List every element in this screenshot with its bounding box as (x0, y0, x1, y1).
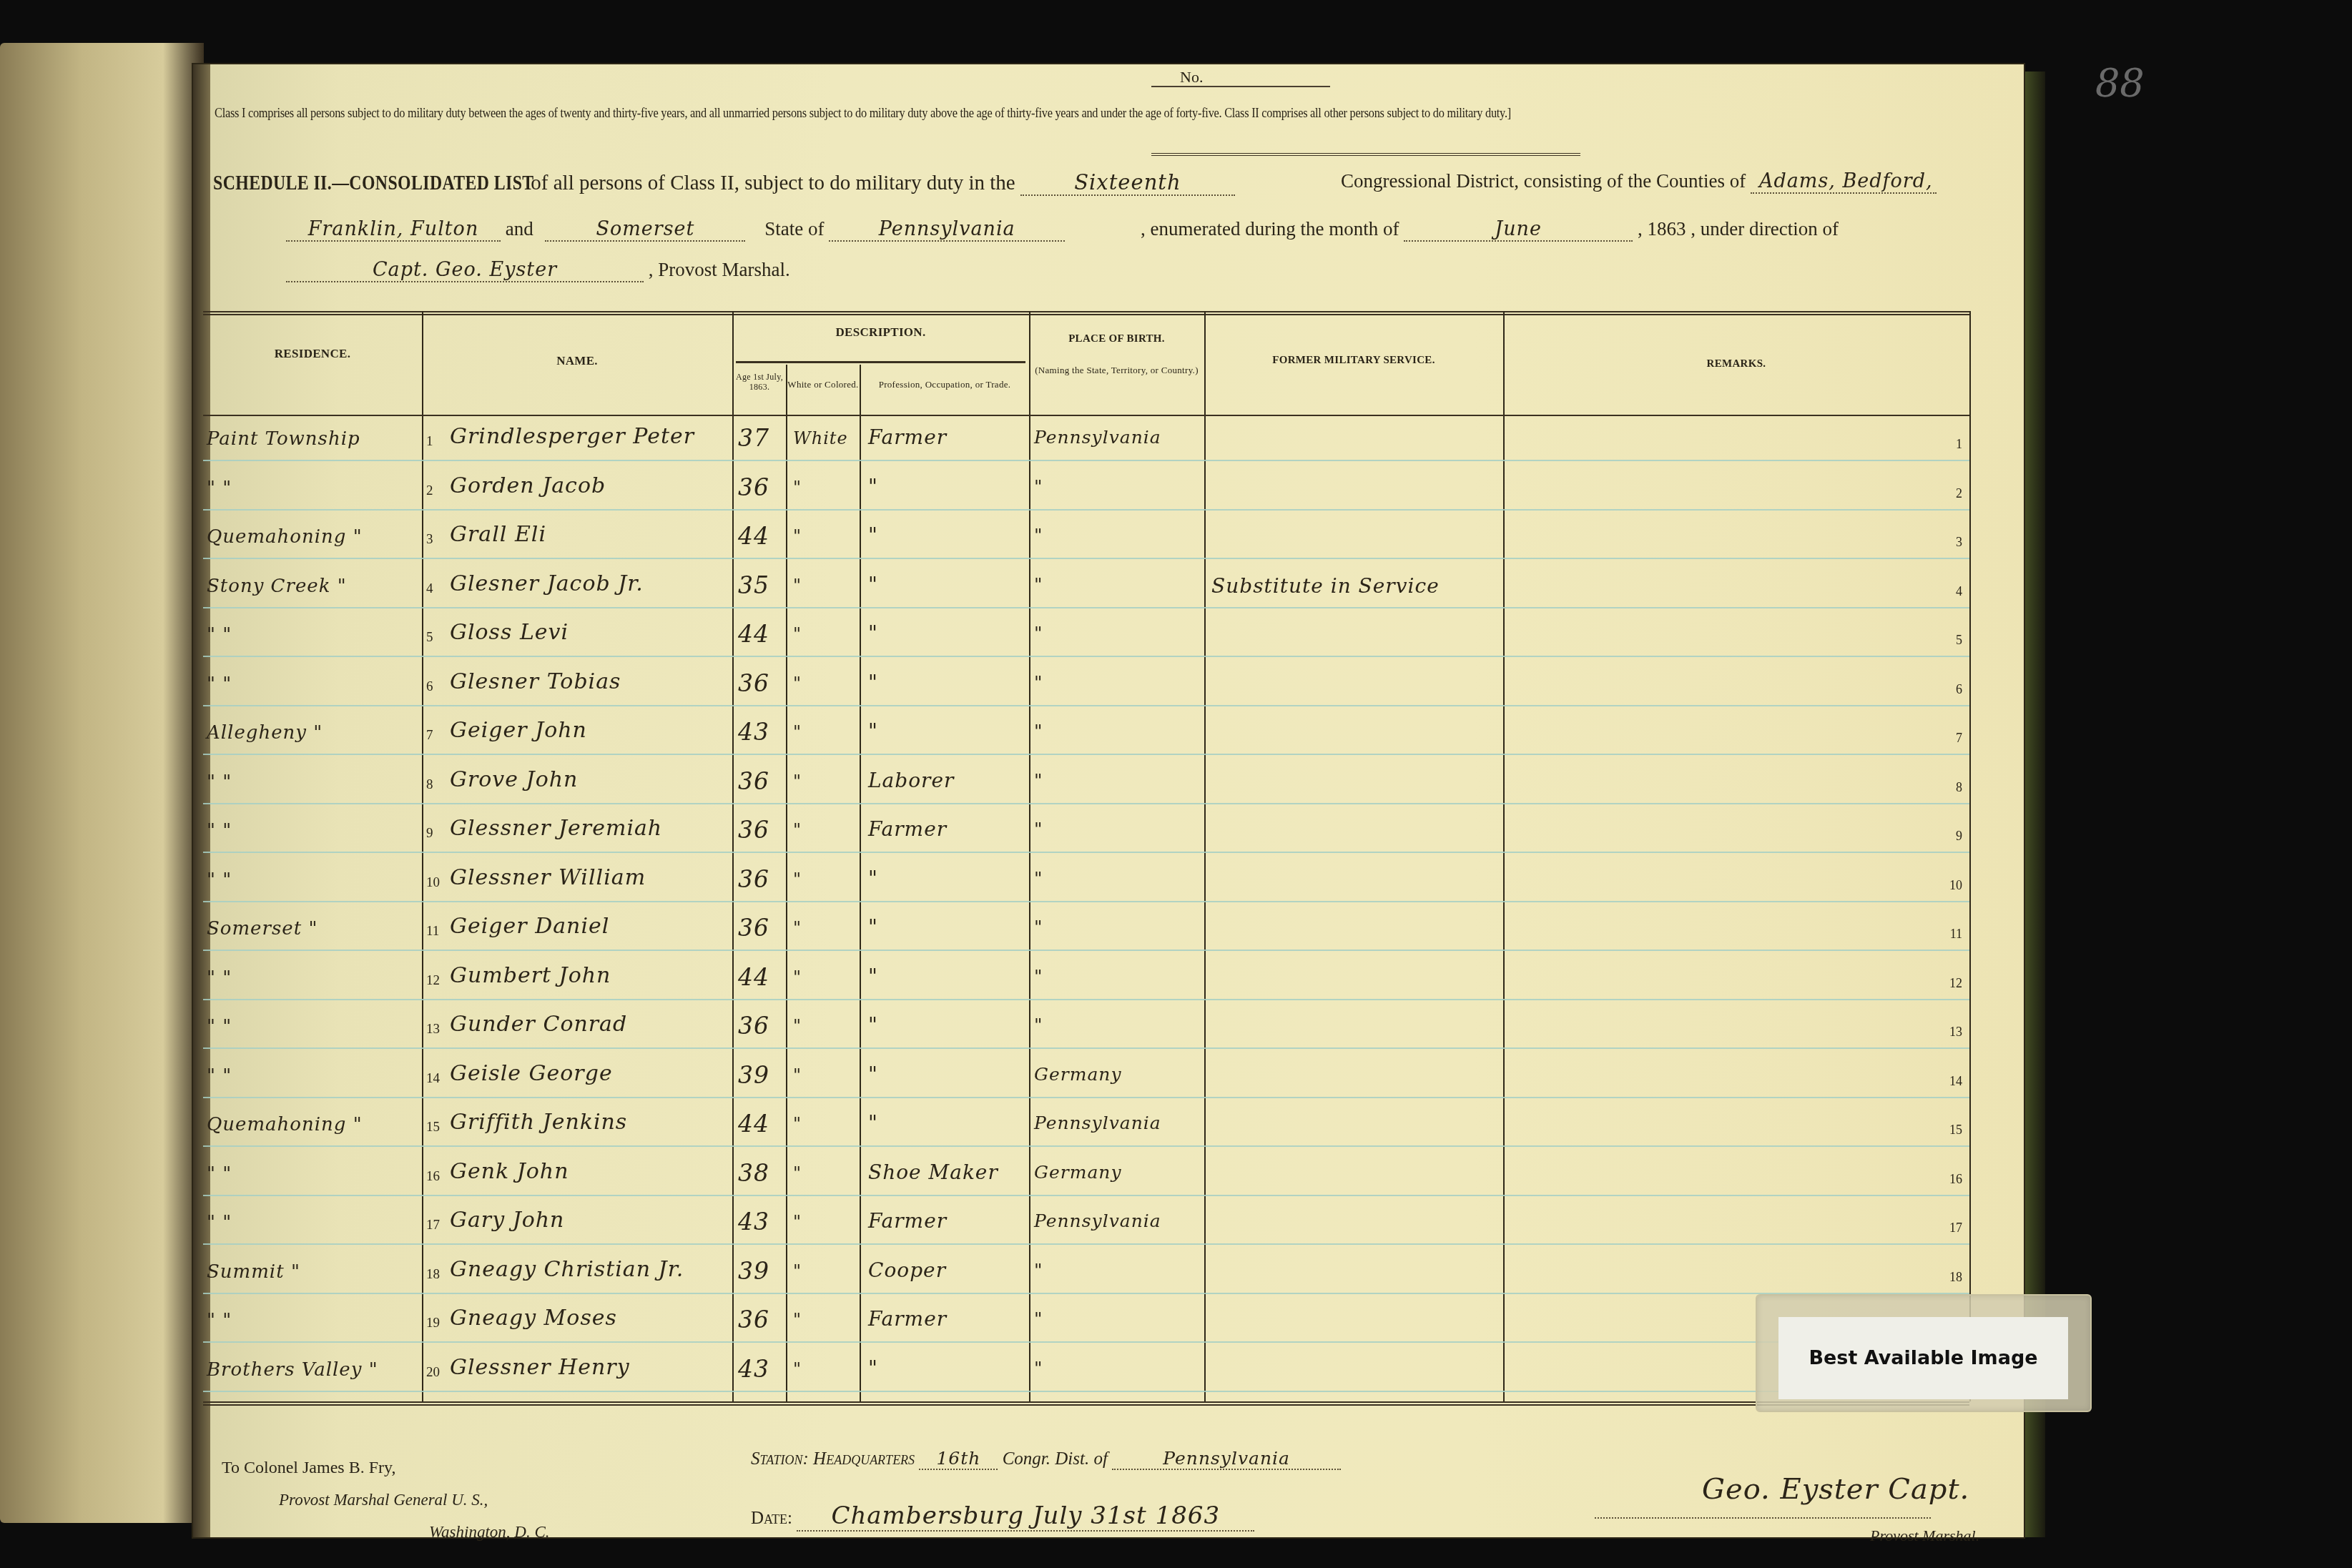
residence-cell: Summit " (207, 1261, 300, 1283)
birth-place-cell: " (1034, 721, 1043, 741)
month-value: June (1404, 218, 1633, 242)
former-service-cell: Substitute in Service (1211, 574, 1440, 598)
row-number: 1 (426, 434, 433, 450)
birth-place-cell: " (1034, 770, 1043, 791)
age-cell: 43 (738, 718, 769, 746)
birth-place-cell: " (1034, 917, 1043, 937)
row-number-right: 12 (1934, 976, 1962, 991)
color-cell: " (793, 967, 802, 987)
birth-place-cell: " (1034, 966, 1043, 987)
color-cell: " (793, 576, 802, 596)
name-cell: Genk John (450, 1159, 569, 1184)
ruled-line (203, 754, 1969, 755)
row-number: 6 (426, 679, 433, 695)
row-number-right: 15 (1934, 1123, 1962, 1138)
row-number-right: 11 (1934, 927, 1962, 942)
birth-place-cell: Pennsylvania (1034, 427, 1161, 448)
occupation-cell: " (868, 1356, 878, 1380)
row-number-right: 16 (1934, 1172, 1962, 1187)
age-cell: 44 (738, 522, 769, 550)
row-number-right: 5 (1934, 633, 1962, 648)
ruled-line (203, 509, 1969, 511)
signature: Geo. Eyster Capt. (1702, 1473, 1969, 1506)
ledger-page: No. 88 Class I comprises all persons sub… (193, 64, 2024, 1537)
counties-1: Adams, Bedford, (1751, 170, 1937, 194)
col-divider (422, 311, 423, 1401)
table-top-rule (203, 311, 1969, 315)
row-number: 2 (426, 483, 433, 499)
header-remarks: REMARKS. (1503, 358, 1969, 370)
occupation-cell: " (868, 1111, 878, 1135)
station-line: Station: Headquarters 16th Congr. Dist. … (751, 1448, 1341, 1470)
header-place-of-birth-note: (Naming the State, Territory, or Country… (1033, 365, 1201, 376)
name-cell: Griffith Jenkins (450, 1110, 627, 1135)
ruled-line (203, 852, 1969, 853)
row-number-right: 6 (1934, 682, 1962, 697)
date-label: Date: (751, 1509, 792, 1528)
age-cell: 36 (738, 669, 769, 697)
row-number-right: 2 (1934, 486, 1962, 501)
ruled-line (203, 999, 1969, 1000)
header-former-service: FORMER MILITARY SERVICE. (1204, 354, 1503, 367)
ruled-line (203, 1047, 1969, 1049)
name-cell: Gorden Jacob (450, 473, 606, 498)
row-number: 7 (426, 728, 433, 744)
name-cell: Geiger John (450, 718, 587, 743)
residence-cell: " " (207, 674, 232, 695)
residence-cell: Quemahoning " (207, 1114, 363, 1135)
header-profession: Profession, Occupation, or Trade. (861, 379, 1028, 390)
birth-place-cell: " (1034, 672, 1043, 693)
row-number: 13 (426, 1022, 440, 1037)
ruled-line (203, 460, 1969, 461)
row-number: 9 (426, 826, 433, 842)
color-cell: " (793, 624, 802, 644)
name-cell: Gneagy Christian Jr. (450, 1257, 684, 1282)
top-rule (1151, 153, 1580, 156)
age-cell: 39 (738, 1061, 769, 1089)
occupation-cell: " (868, 523, 878, 547)
residence-cell: " " (207, 869, 232, 891)
birth-place-cell: " (1034, 1260, 1043, 1281)
birth-place-cell: Pennsylvania (1034, 1113, 1161, 1133)
row-number: 15 (426, 1120, 440, 1135)
signature-line (1595, 1517, 1931, 1519)
birth-place-cell: " (1034, 1015, 1043, 1035)
occupation-cell: " (868, 573, 878, 596)
station-district: 16th (919, 1448, 998, 1470)
row-number: 20 (426, 1365, 440, 1381)
ruled-line (203, 901, 1969, 902)
station-mid: Congr. Dist. of (1003, 1449, 1108, 1469)
header-residence: RESIDENCE. (203, 347, 422, 361)
age-cell: 38 (738, 1159, 769, 1187)
birth-place-cell: " (1034, 525, 1043, 546)
row-number-right: 13 (1934, 1025, 1962, 1040)
color-cell: " (793, 918, 802, 938)
age-cell: 36 (738, 767, 769, 795)
page-number-label: No. (1180, 68, 1203, 87)
age-cell: 36 (738, 1306, 769, 1333)
name-cell: Glesner Tobias (450, 669, 621, 694)
ruled-line (203, 1293, 1969, 1294)
counties-2: Franklin, Fulton (286, 218, 501, 242)
ruled-line (203, 705, 1969, 706)
ruled-line (203, 607, 1969, 608)
state-label: State of (764, 218, 824, 240)
marshal-line: Capt. Geo. Eyster , Provost Marshal. (286, 259, 790, 282)
col-divider (1204, 311, 1206, 1401)
addressee-title: Provost Marshal General U. S., (279, 1491, 488, 1509)
occupation-cell: Cooper (868, 1258, 946, 1282)
page-number-line (1151, 86, 1330, 87)
residence-cell: " " (207, 1212, 232, 1233)
name-cell: Gunder Conrad (450, 1012, 627, 1037)
birth-place-cell: " (1034, 574, 1043, 595)
residence-cell: " " (207, 1163, 232, 1185)
residence-cell: Quemahoning " (207, 526, 363, 548)
date-value: Chambersburg July 31st 1863 (797, 1502, 1254, 1532)
occupation-cell: " (868, 475, 878, 498)
name-cell: Geiger Daniel (450, 914, 609, 939)
age-cell: 44 (738, 620, 769, 648)
color-cell: " (793, 1065, 802, 1085)
name-cell: Glessner Henry (450, 1355, 630, 1380)
age-cell: 36 (738, 865, 769, 893)
ruled-line (203, 1243, 1969, 1245)
name-cell: Grindlesperger Peter (450, 424, 694, 449)
year-label: , 1863 , under direction of (1638, 218, 1839, 240)
enumerated-label: , enumerated during the month of (1141, 218, 1399, 240)
birth-place-cell: Germany (1034, 1162, 1122, 1183)
residence-cell: " " (207, 1065, 232, 1087)
row-number-right: 17 (1934, 1221, 1962, 1236)
occupation-cell: Farmer (868, 1307, 947, 1331)
addressee: To Colonel James B. Fry, (222, 1459, 395, 1478)
and-label: and (506, 218, 533, 240)
archival-sleeve: Best Available Image (1756, 1294, 2092, 1412)
counties-3: Somerset (545, 218, 745, 242)
age-cell: 35 (738, 571, 769, 599)
birth-place-cell: Pennsylvania (1034, 1210, 1161, 1231)
ruled-line (203, 558, 1969, 559)
row-number-right: 7 (1934, 731, 1962, 746)
row-number-right: 1 (1934, 437, 1962, 452)
occupation-cell: Farmer (868, 1209, 947, 1233)
row-number: 11 (426, 924, 439, 940)
name-cell: Grall Eli (450, 522, 546, 547)
row-number-right: 4 (1934, 584, 1962, 599)
occupation-cell: " (868, 621, 878, 645)
row-number: 10 (426, 875, 440, 891)
residence-cell: " " (207, 967, 232, 989)
ruled-line (203, 803, 1969, 804)
residence-cell: " " (207, 478, 232, 499)
occupation-cell: Farmer (868, 817, 947, 841)
state-value: Pennsylvania (829, 218, 1065, 242)
color-cell: " (793, 1212, 802, 1232)
age-cell: 36 (738, 816, 769, 844)
row-number-right: 14 (1934, 1074, 1962, 1089)
birth-place-cell: " (1034, 623, 1043, 644)
color-cell: " (793, 869, 802, 889)
name-cell: Gloss Levi (450, 620, 569, 645)
color-cell: " (793, 1016, 802, 1036)
residence-cell: Allegheny " (207, 722, 323, 744)
header-bottom-rule (203, 415, 1969, 416)
name-cell: Glesner Jacob Jr. (450, 571, 644, 596)
residence-cell: " " (207, 624, 232, 646)
color-cell: " (793, 1114, 802, 1134)
occupation-cell: " (868, 1013, 878, 1037)
occupation-cell: Laborer (868, 769, 954, 792)
row-number: 4 (426, 581, 433, 597)
color-cell: " (793, 1310, 802, 1330)
month-line: , enumerated during the month of June , … (1141, 218, 1839, 242)
color-cell: " (793, 478, 802, 498)
age-cell: 36 (738, 914, 769, 942)
name-cell: Glessner William (450, 865, 646, 890)
col-divider (860, 365, 861, 1401)
row-number: 19 (426, 1316, 440, 1331)
district-ordinal: Sixteenth (1020, 170, 1235, 196)
row-number: 5 (426, 630, 433, 646)
date-line: Date: Chambersburg July 31st 1863 (751, 1502, 1254, 1532)
name-cell: Gumbert John (450, 963, 611, 988)
station-label: Station: Headquarters (751, 1449, 915, 1469)
footer: To Colonel James B. Fry, Provost Marshal… (193, 1416, 2024, 1537)
age-cell: 36 (738, 1012, 769, 1040)
occupation-cell: " (868, 915, 878, 939)
birth-place-cell: " (1034, 819, 1043, 839)
color-cell: " (793, 820, 802, 840)
birth-place-cell: " (1034, 1358, 1043, 1379)
age-cell: 37 (738, 424, 769, 452)
ruled-line (203, 1097, 1969, 1098)
sticker-text: Best Available Image (1809, 1347, 2037, 1369)
birth-place-cell: " (1034, 868, 1043, 889)
marshal-label: , Provost Marshal. (649, 259, 790, 280)
age-cell: 43 (738, 1208, 769, 1236)
ruled-line (203, 1195, 1969, 1196)
row-number: 3 (426, 532, 433, 548)
schedule-title: SCHEDULE II.—CONSOLIDATED LIST (213, 172, 534, 195)
schedule-text-b: Congressional District, consisting of th… (1341, 170, 1746, 192)
color-cell: " (793, 1163, 802, 1183)
occupation-cell: " (868, 1062, 878, 1086)
signature-title: Provost Marshal. (1870, 1527, 1979, 1545)
col-divider (1503, 311, 1505, 1401)
color-cell: " (793, 722, 802, 742)
ruled-line (203, 950, 1969, 951)
name-cell: Glessner Jeremiah (450, 816, 662, 841)
age-cell: 39 (738, 1257, 769, 1285)
schedule-title-line: SCHEDULE II.—CONSOLIDATED LIST of all pe… (213, 170, 1235, 196)
folio-number: 88 (2095, 61, 2145, 106)
counties-line: Franklin, Fulton and Somerset State of P… (286, 218, 1065, 242)
row-number-right: 10 (1934, 878, 1962, 893)
col-divider (1969, 311, 1971, 1401)
row-number: 17 (426, 1218, 440, 1233)
color-cell: White (793, 428, 848, 448)
ruled-line (203, 1391, 1969, 1392)
row-number-right: 9 (1934, 829, 1962, 844)
row-number: 16 (426, 1169, 440, 1185)
row-number-right: 8 (1934, 780, 1962, 795)
name-cell: Grove John (450, 767, 578, 792)
age-cell: 44 (738, 1110, 769, 1138)
ruled-line (203, 1145, 1969, 1147)
color-cell: " (793, 1261, 802, 1281)
residence-cell: " " (207, 771, 232, 793)
col-divider (1029, 311, 1030, 1401)
ruled-line (203, 1341, 1969, 1343)
residence-cell: Somerset " (207, 918, 318, 940)
color-cell: " (793, 674, 802, 694)
occupation-cell: Farmer (868, 425, 947, 449)
residence-cell: " " (207, 1016, 232, 1037)
row-number-right: 3 (1934, 535, 1962, 550)
col-divider (786, 365, 787, 1401)
age-cell: 44 (738, 963, 769, 991)
occupation-cell: " (868, 867, 878, 890)
class-definition-note: Class I comprises all persons subject to… (215, 106, 1746, 122)
age-cell: 36 (738, 473, 769, 501)
header-place-of-birth: PLACE OF BIRTH. (1029, 332, 1204, 345)
left-page-edge (0, 43, 204, 1523)
birth-place-cell: " (1034, 1308, 1043, 1329)
row-number-right: 18 (1934, 1270, 1962, 1285)
header-description: DESCRIPTION. (732, 325, 1029, 340)
residence-cell: Paint Township (207, 428, 360, 450)
header-age: Age 1st July, 1863. (734, 372, 785, 393)
name-cell: Geisle George (450, 1061, 613, 1086)
schedule-text-a: of all persons of Class II, subject to d… (531, 172, 1015, 194)
header-name: NAME. (422, 354, 732, 368)
best-available-image-label: Best Available Image (1778, 1317, 2068, 1399)
name-cell: Gary John (450, 1208, 564, 1233)
residence-cell: " " (207, 820, 232, 842)
color-cell: " (793, 526, 802, 546)
occupation-cell: " (868, 965, 878, 988)
age-cell: 43 (738, 1355, 769, 1383)
enrollment-table: RESIDENCE. NAME. DESCRIPTION. Age 1st Ju… (203, 311, 1969, 1401)
description-divider (736, 361, 1025, 363)
schedule-text-b-line: Congressional District, consisting of th… (1341, 170, 1937, 194)
row-number: 18 (426, 1267, 440, 1283)
addressee-location: Washington, D. C. (429, 1523, 549, 1542)
occupation-cell: " (868, 719, 878, 743)
row-number: 14 (426, 1071, 440, 1087)
color-cell: " (793, 771, 802, 792)
row-number: 12 (426, 973, 440, 989)
col-divider (732, 311, 734, 1401)
residence-cell: " " (207, 1310, 232, 1331)
ruled-line (203, 656, 1969, 657)
residence-cell: Stony Creek " (207, 576, 347, 597)
birth-place-cell: " (1034, 476, 1043, 497)
birth-place-cell: Germany (1034, 1064, 1122, 1085)
residence-cell: Brothers Valley " (207, 1359, 378, 1381)
color-cell: " (793, 1359, 802, 1379)
occupation-cell: " (868, 671, 878, 694)
header-white-or-colored: White or Colored. (787, 379, 859, 390)
station-state: Pennsylvania (1112, 1448, 1341, 1470)
row-number: 8 (426, 777, 433, 793)
occupation-cell: Shoe Maker (868, 1160, 998, 1184)
table-bottom-rule (203, 1401, 1969, 1406)
name-cell: Gneagy Moses (450, 1306, 617, 1331)
marshal-name: Capt. Geo. Eyster (286, 259, 644, 282)
